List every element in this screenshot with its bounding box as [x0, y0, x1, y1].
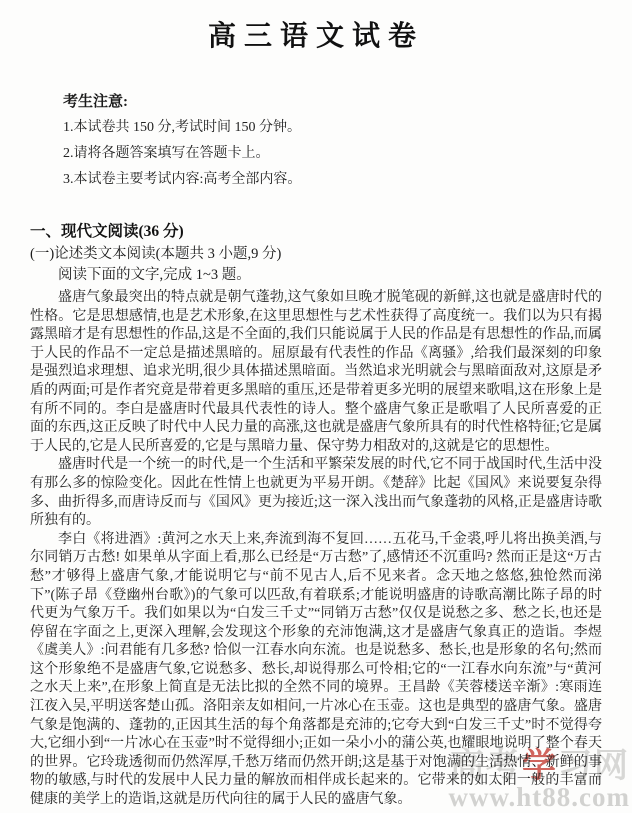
passage-paragraph-1: 盛唐气象最突出的特点就是朝气蓬勃,这气象如旦晚才脱笔砚的新鲜,这也就是盛唐时代的… [30, 289, 602, 456]
passage-paragraph-2: 盛唐时代是一个统一的时代,是一个生活和平繁荣发展的时代,它不同于战国时代,生活中… [30, 456, 602, 530]
notice-item-2: 2.请将各题答案填写在答题卡上。 [63, 141, 602, 167]
candidate-notice: 考生注意: 1.本试卷共 150 分,考试时间 150 分钟。 2.请将各题答案… [63, 90, 602, 193]
passage-paragraph-3: 李白《将进酒》:黄河之水天上来,奔流到海不复回……五花马,千金裘,呼儿将出换美酒… [30, 531, 602, 810]
reading-passage: 盛唐气象最突出的特点就是朝气蓬勃,这气象如旦晚才脱笔砚的新鲜,这也就是盛唐时代的… [30, 289, 602, 810]
reading-instruction: 阅读下面的文字,完成 1~3 题。 [58, 265, 602, 286]
notice-heading: 考生注意: [63, 90, 602, 111]
exam-paper-page: 高三语文试卷 考生注意: 1.本试卷共 150 分,考试时间 150 分钟。 2… [0, 0, 632, 813]
notice-item-1: 1.本试卷共 150 分,考试时间 150 分钟。 [63, 115, 602, 141]
subsection-heading-argumentative-reading: (一)论述类文本阅读(本题共 3 小题,9 分) [30, 244, 602, 265]
exam-title: 高三语文试卷 [0, 0, 632, 54]
notice-item-3: 3.本试卷主要考试内容:高考全部内容。 [63, 167, 602, 193]
section-heading-modern-reading: 一、现代文阅读(36 分) [30, 219, 602, 241]
